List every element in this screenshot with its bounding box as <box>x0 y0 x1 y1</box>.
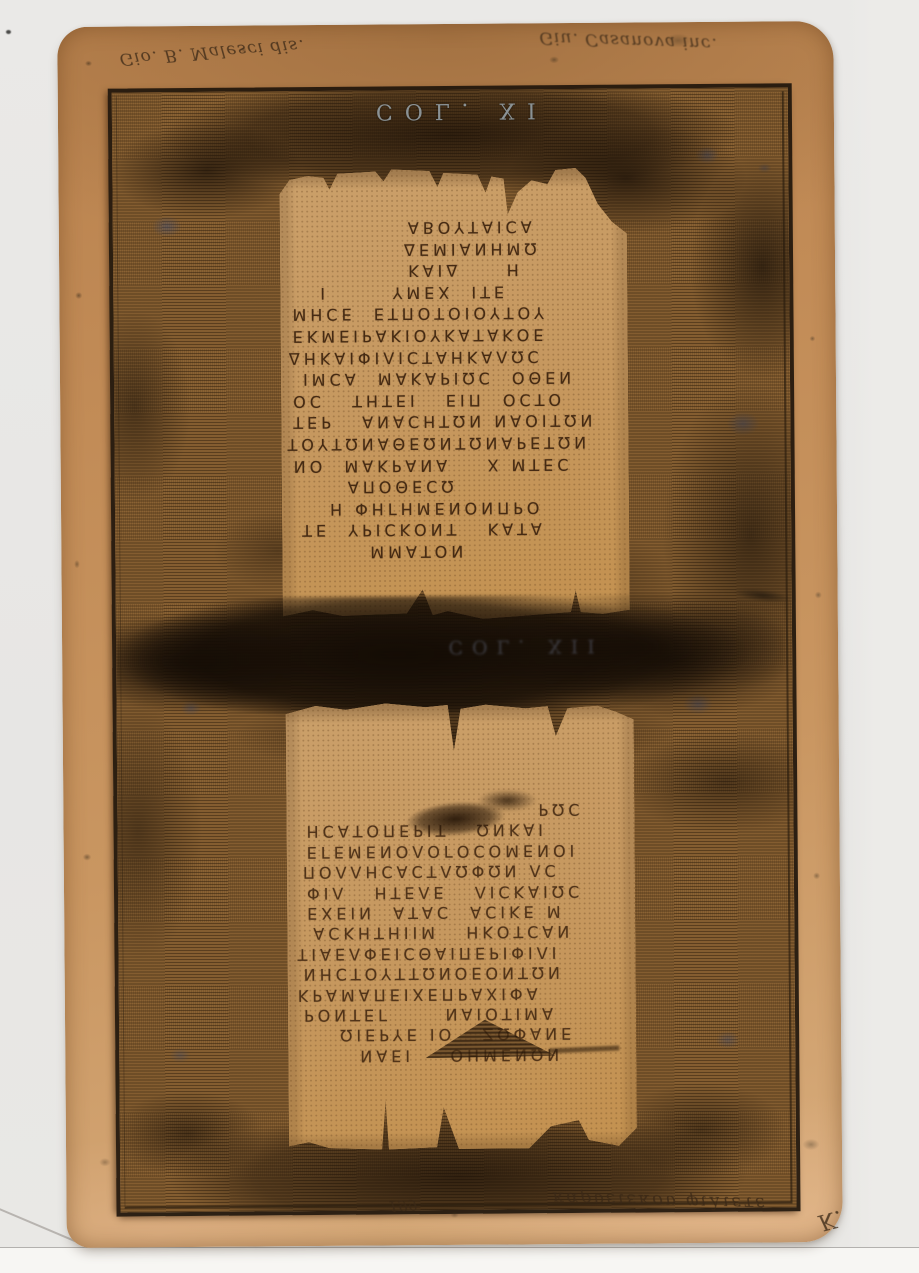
greek-text: ΤΙΑΕΛΦΕΙϹΘΑΙΠΕΡΙΦΙΛΙ <box>297 943 560 964</box>
corner-flourish-mark: K. <box>816 1205 845 1235</box>
plate-number: 199 <box>388 1195 418 1216</box>
greek-text-block-upper: ΑΒΟΥΤΑΙϹΑΔΕΜΙΑΝΗΜΩΚΑΙΔ ΗΙ ΥΜΕΧ ΙΤΕΜΗϹΕ Ε… <box>280 217 630 565</box>
greek-text-line: ΦΙΛ ΗΤΕΛΕ ΛΙϹΚΑΙΩϹ <box>287 881 635 904</box>
copper-plate: Gio. B. Malesci dis. Giu. Casanova inc. … <box>57 21 843 1248</box>
greek-text-line: ΡΩϹ <box>286 800 634 823</box>
greek-text-line: ΕΧΕΙΝ ΑΤΑϹ ΑϹΙΚΕ Μ <box>287 902 635 925</box>
greek-text: ΕΓΕΜΕΝΟΛΟΓΟϹΟΜΕΝΟΙ <box>307 841 579 862</box>
greek-text-line: ΔΗΚΑΙΦΙΛΙϹΤΑΗΚΑΛΩϹ <box>281 346 628 370</box>
greek-text: ΦΙΛ ΗΤΕΛΕ ΛΙϹΚΑΙΩϹ <box>307 882 583 903</box>
greek-text-line: ΤΟΥΤΩΝΑΘΕΩΝΤΩΝΑΡΕΤΩΝ <box>281 433 628 457</box>
greek-text-line: ΜΗϹΕ ΕΤΠΟΤΟΙΟΥΤΟΥ <box>280 303 627 327</box>
engraver-signature-left: Gio. B. Malesci dis. <box>119 35 306 69</box>
greek-text-line: ΡΟΝΤΕΓ ΝΑΙΟΤΙΜΑ <box>288 1003 636 1026</box>
papyrus-column-panel-upper: ΑΒΟΥΤΑΙϹΑΔΕΜΙΑΝΗΜΩΚΑΙΔ ΗΙ ΥΜΕΧ ΙΤΕΜΗϹΕ Ε… <box>279 162 630 627</box>
greek-text-line: ΜΜΑΤΟΝ <box>282 540 629 564</box>
engraved-border-frame: COL. XI ΑΒΟΥΤΑΙϹΑΔΕΜΙΑΝΗΜΩΚΑΙΔ ΗΙ ΥΜΕΧ Ι… <box>108 83 801 1216</box>
greek-text-line: ΝΟ ΜΑΚΡΑΝΑ Χ ΜΤΕϹ <box>282 454 629 478</box>
greek-text-line: ΙΜϹΑ ΜΑΚΑΡΙΩϹ ΟΘΕΝ <box>281 368 628 392</box>
greek-text: ΜΜΑΤΟΝ <box>370 542 467 562</box>
engraver-signature-right: Giu. Casanova inc. <box>539 27 718 53</box>
greek-text: ΤΕ ΥΡΙϹΚΟΝΤ ΚΑΤΑ <box>302 520 546 541</box>
greek-text: ΑϹΚΗΤΗΙΙΜ ΗΚΟΤϹΑΝ <box>313 922 573 943</box>
column-heading-faint: COL. XII <box>416 635 636 659</box>
greek-text-block-lower: ΡΩϹΗϹΑΤΟΠΕΡΙΤ ΩΝΚΑΙΕΓΕΜΕΝΟΛΟΓΟϹΟΜΕΝΟΙΠΟΛ… <box>286 800 636 1068</box>
greek-text: ΚΑΙΔ Η <box>408 261 523 281</box>
column-heading-text: COL. XI <box>376 97 548 123</box>
papyrus-column-panel-lower: ΡΩϹΗϹΑΤΟΠΕΡΙΤ ΩΝΚΑΙΕΓΕΜΕΝΟΛΟΓΟϹΟΜΕΝΟΙΠΟΛ… <box>285 696 637 1156</box>
greek-text-line: ΗϹΑΤΟΠΕΡΙΤ ΩΝΚΑΙ <box>286 820 634 843</box>
signature-left-text: Gio. B. Malesci dis. <box>119 35 306 69</box>
dark-stain <box>660 227 697 291</box>
greek-text: ΠΟΛΛΗϹΑϹΤΛΩΦΩΝ ΛϹ <box>303 861 560 882</box>
greek-text-line: ΝΑΕΙ ΟΗΜΕΝΩΝ <box>288 1044 636 1067</box>
greek-text-line: ΤΕ ΥΡΙϹΚΟΝΤ ΚΑΤΑ <box>282 519 629 543</box>
greek-text: ΤΟΥΤΩΝΑΘΕΩΝΤΩΝΑΡΕΤΩΝ <box>287 433 590 454</box>
greek-text: ΡΟΝΤΕΓ ΝΑΙΟΤΙΜΑ <box>304 1004 557 1025</box>
column-heading: COL. XI <box>352 97 572 124</box>
greek-text: ΗϹΑΤΟΠΕΡΙΤ ΩΝΚΑΙ <box>306 821 547 842</box>
greek-text: ΚΡΑΜΑΠΕΙΧΕΠΡΑΧΙΦΑ <box>298 984 542 1005</box>
backdrop-bottom-strip <box>0 1247 919 1273</box>
greek-text-line: Η ΦΗΓΗΜΕΝΟΝΠΡΟ <box>282 497 629 521</box>
greek-text-line: ΑϹΚΗΤΗΙΙΜ ΗΚΟΤϹΑΝ <box>287 922 635 945</box>
greek-text-line: ΤΕΡ ΑΝΑϹΗΤΩΝ ΝΑΟΙΤΩΝ <box>281 411 628 435</box>
greek-text-line: ΕΚΜΕΙΡΑΚΙΟΥΚΑΤΑΚΟΕ <box>281 325 628 349</box>
greek-text: ΤΕΡ ΑΝΑϹΗΤΩΝ ΝΑΟΙΤΩΝ <box>293 411 596 432</box>
greek-text: ΑΠΟΘΕϹΩ <box>348 477 458 497</box>
greek-text: ΙΜϹΑ ΜΑΚΑΡΙΩϹ ΟΘΕΝ <box>303 368 575 389</box>
greek-text: ΜΗϹΕ ΕΤΠΟΤΟΙΟΥΤΟΥ <box>292 304 548 325</box>
greek-text: ΟϹ ΤΗΤΕΙ ΕΙΠ ΟϹΤΟ <box>293 390 565 411</box>
greek-text: ΝΑΕΙ ΟΗΜΕΝΩΝ <box>360 1045 563 1066</box>
backdrop-right-strip <box>845 0 919 1273</box>
greek-text-line: ΑΒΟΥΤΑΙϹΑ <box>280 217 627 241</box>
greek-text-line: ΚΡΑΜΑΠΕΙΧΕΠΡΑΧΙΦΑ <box>288 983 636 1006</box>
greek-text-line: ΑΠΟΘΕϹΩ <box>282 476 629 500</box>
greek-text-line: ΔΕΜΙΑΝΗΜΩ <box>280 238 627 262</box>
greek-text-line: Ι ΥΜΕΧ ΙΤΕ <box>280 281 627 305</box>
greek-text: Η ΦΗΓΗΜΕΝΟΝΠΡΟ <box>330 498 544 519</box>
greek-text: ΕΚΜΕΙΡΑΚΙΟΥΚΑΤΑΚΟΕ <box>293 325 548 346</box>
greek-text: Ι ΥΜΕΧ ΙΤΕ <box>320 282 508 302</box>
greek-text: ΝΟ ΜΑΚΡΑΝΑ Χ ΜΤΕϹ <box>294 455 573 476</box>
greek-text-line: ΤΙΑΕΛΦΕΙϹΘΑΙΠΕΡΙΦΙΛΙ <box>287 942 635 965</box>
signature-right-text: Giu. Casanova inc. <box>539 27 718 53</box>
column-heading-faint-text: COL. XII <box>448 635 604 658</box>
engraved-hatched-field: COL. XI ΑΒΟΥΤΑΙϹΑΔΕΜΙΑΝΗΜΩΚΑΙΔ ΗΙ ΥΜΕΧ Ι… <box>112 87 797 1212</box>
dark-stain <box>732 220 823 291</box>
photograph-of-engraved-plate: Gio. B. Malesci dis. Giu. Casanova inc. … <box>0 0 919 1273</box>
greek-text-line: ΚΑΙΔ Η <box>280 260 627 284</box>
greek-text-line: ΕΓΕΜΕΝΟΛΟΓΟϹΟΜΕΝΟΙ <box>287 840 635 863</box>
greek-text: ΔΗΚΑΙΦΙΛΙϹΤΑΗΚΑΛΩϹ <box>289 347 543 368</box>
plate-number-text: 199 <box>388 1195 418 1216</box>
backdrop-speck <box>6 30 11 34</box>
greek-text-line: ΝΗϹΤΟΥΤΤΩΝΟΕΟΝΤΩΝ <box>288 963 636 986</box>
greek-text: ΕΧΕΙΝ ΑΤΑϹ ΑϹΙΚΕ Μ <box>307 902 565 923</box>
greek-text: ΑΒΟΥΤΑΙϹΑ <box>408 217 536 237</box>
corner-mark-text: K. <box>816 1205 845 1235</box>
greek-text-line: ΠΟΛΛΗϹΑϹΤΛΩΦΩΝ ΛϹ <box>287 861 635 884</box>
greek-text: ΡΩϹ <box>538 800 583 819</box>
greek-text: ΩΙΕΡΥΕ ΙΟ ΖΩΦΑΝΕ <box>340 1024 575 1045</box>
greek-text: ΔΕΜΙΑΝΗΜΩ <box>404 239 541 259</box>
greek-text: ΝΗϹΤΟΥΤΤΩΝΟΕΟΝΤΩΝ <box>304 963 564 984</box>
greek-text-line: ΩΙΕΡΥΕ ΙΟ ΖΩΦΑΝΕ <box>288 1024 636 1047</box>
